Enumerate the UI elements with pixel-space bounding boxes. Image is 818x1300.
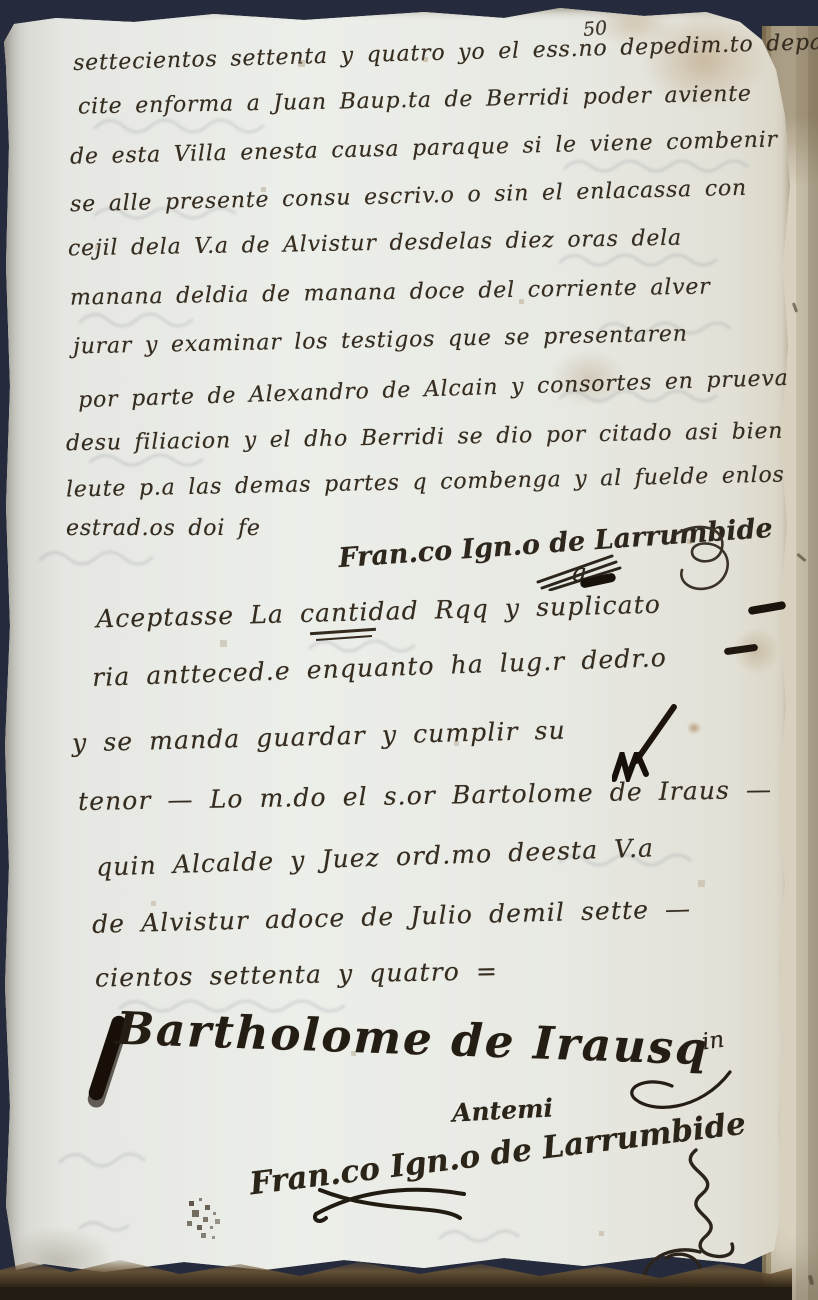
manuscript-line-11: estrad.os doi fe xyxy=(66,516,261,541)
rubric-strokes-1 xyxy=(534,546,624,591)
foxing-dots xyxy=(0,0,3,3)
antemi-label: Antemi xyxy=(451,1093,553,1127)
alcalde-signature-superscript: in xyxy=(700,1027,726,1056)
ink-speckle-blot xyxy=(186,1196,189,1199)
rubric-flourish-1 xyxy=(668,520,753,600)
bottom-shadow-band xyxy=(0,1287,792,1300)
heavy-m-blot xyxy=(612,752,650,782)
scanned-page-scene: 50 settecientos settenta y quatro yo el … xyxy=(0,0,818,1300)
clerk-rubric-cross xyxy=(310,1172,475,1232)
